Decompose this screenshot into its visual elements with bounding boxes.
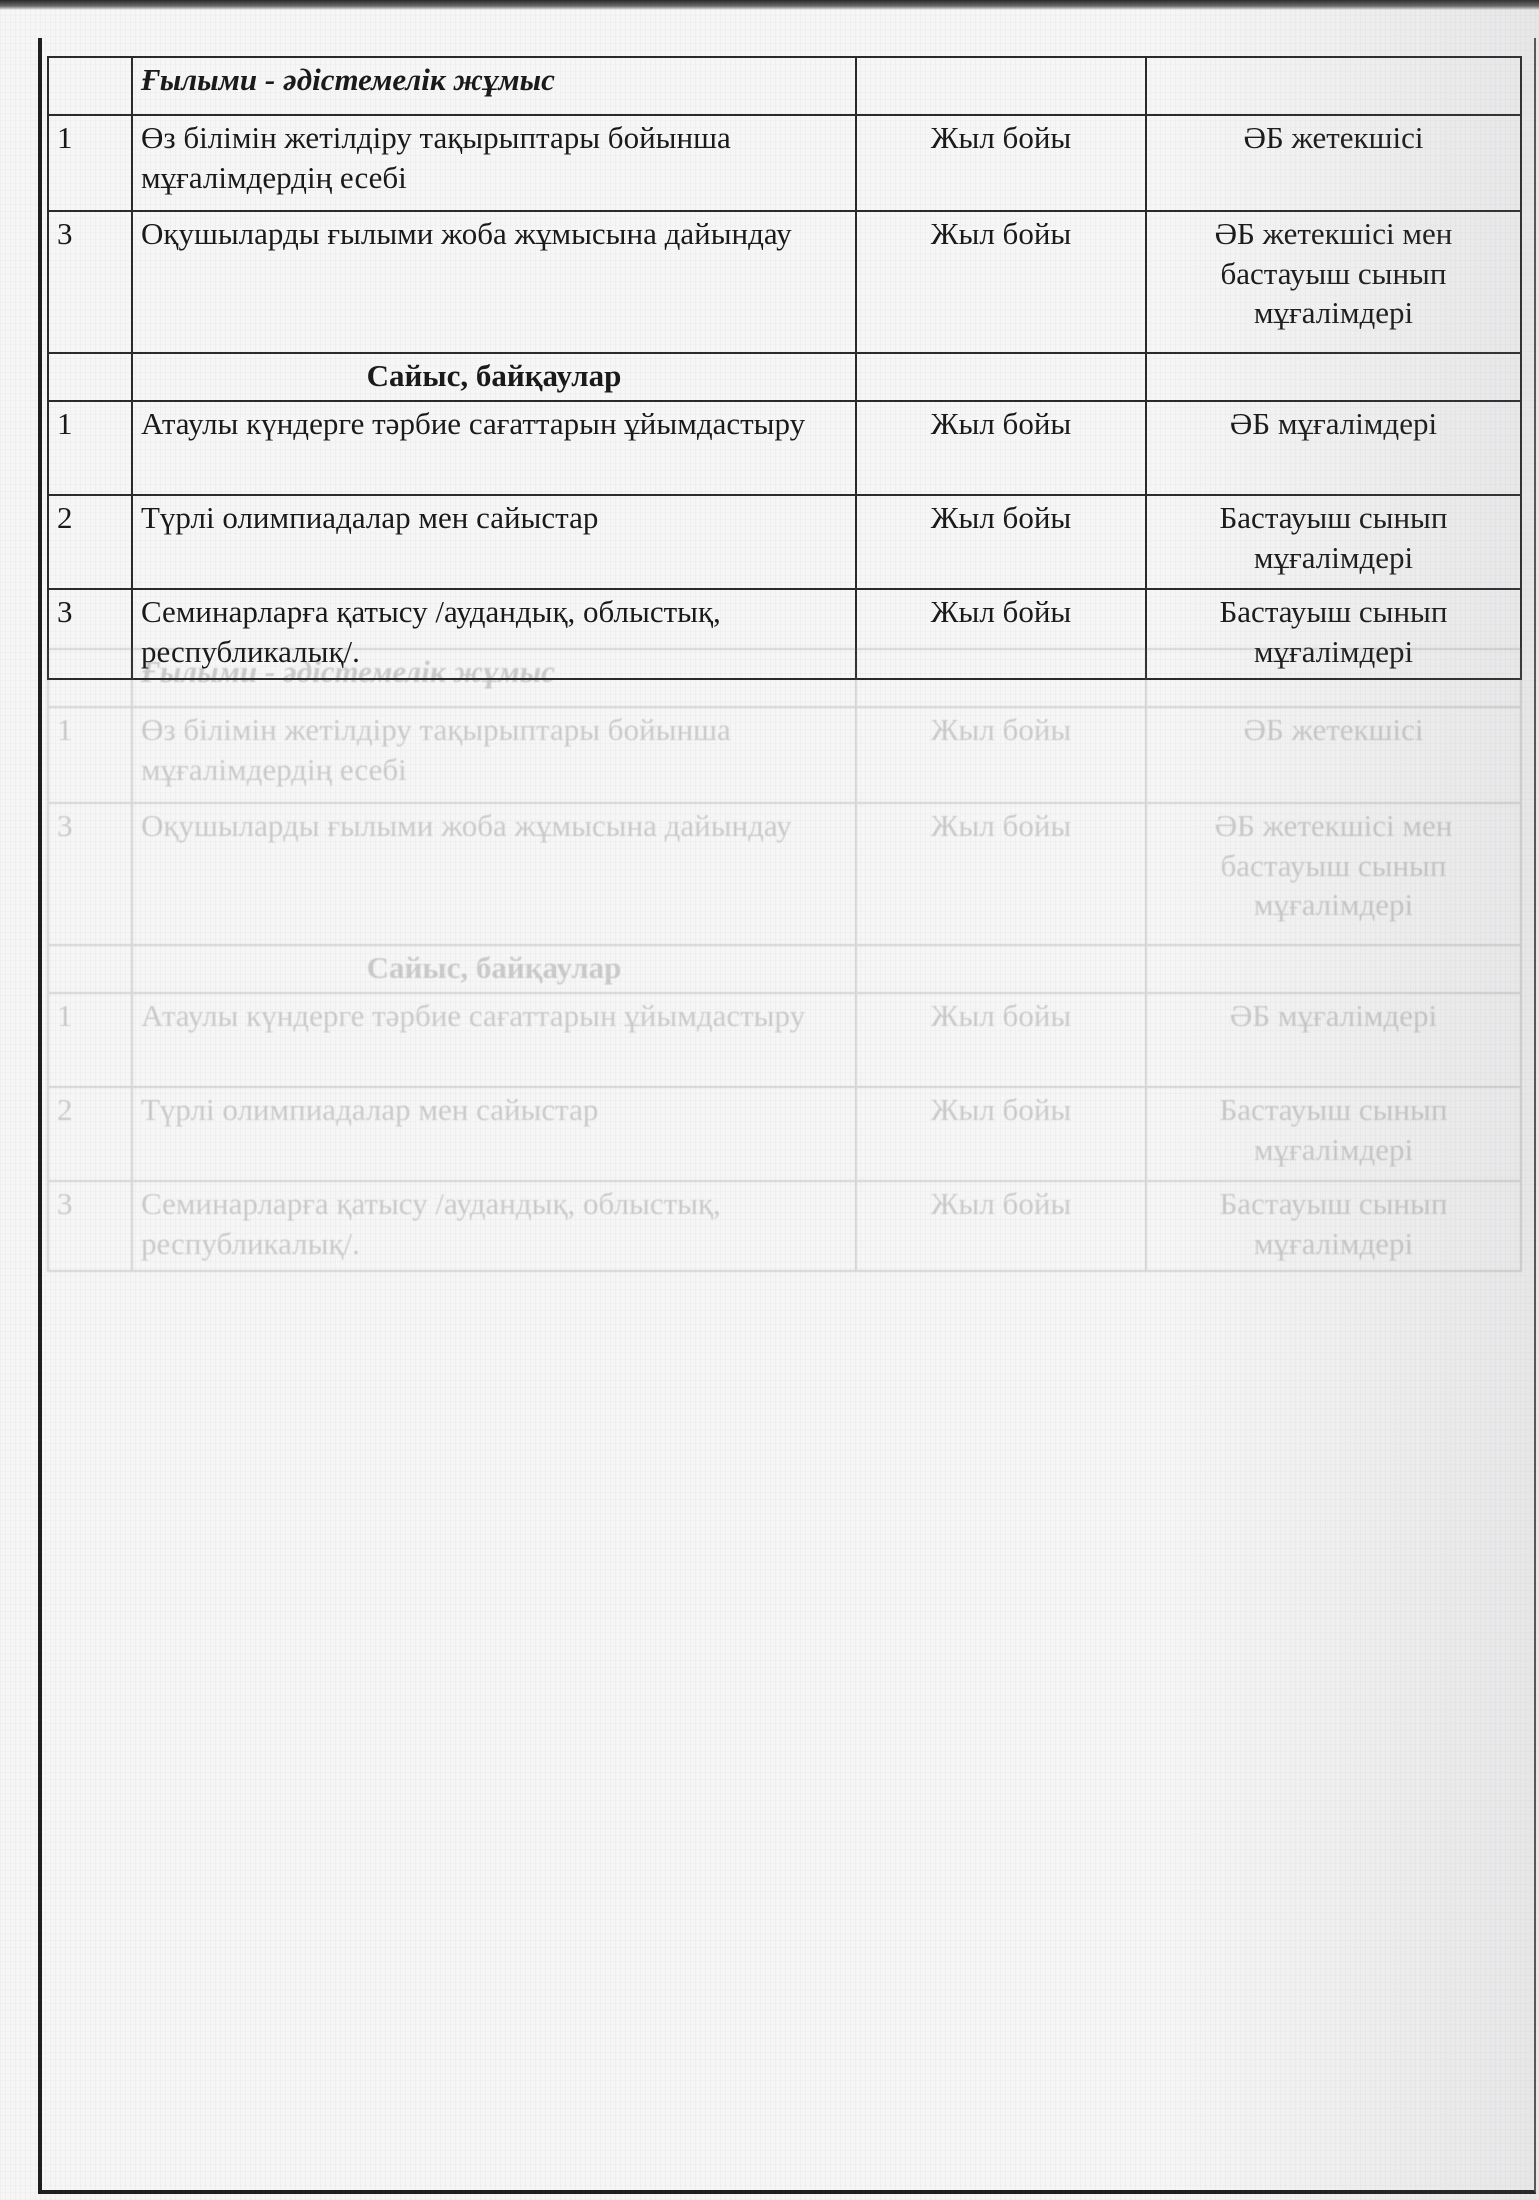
period-cell: Жыл бойы [856, 495, 1146, 589]
ghost-cell: 3 [48, 803, 132, 945]
ghost-row: 1 Өз білімін жетілдіру тақырыптары бойын… [48, 707, 1521, 803]
ghost-cell: Семинарларға қатысу /аудандық, облыстық,… [132, 1181, 856, 1271]
ghost-cell [856, 649, 1146, 707]
row-number: 1 [48, 401, 132, 495]
ghost-row: 3 Семинарларға қатысу /аудандық, облысты… [48, 1181, 1521, 1271]
period-cell: Жыл бойы [856, 211, 1146, 353]
ghost-cell: Жыл бойы [856, 707, 1146, 803]
ghost-row: 2 Түрлі олимпиадалар мен сайыстар Жыл бо… [48, 1087, 1521, 1181]
ghost-cell [1146, 649, 1521, 707]
ghost-row: 1 Атаулы күндерге тәрбие сағаттарын ұйым… [48, 993, 1521, 1087]
activity-cell: Атаулы күндерге тәрбие сағаттарын ұйымда… [132, 401, 856, 495]
ghost-row: Ғылыми - әдістемелік жұмыс [48, 649, 1521, 707]
ghost-cell: ӘБ жетекшісі мен бастауыш сынып мұғалімд… [1146, 803, 1521, 945]
ghost-cell [856, 945, 1146, 993]
empty-cell [1146, 57, 1521, 115]
ghost-cell: Жыл бойы [856, 1087, 1146, 1181]
ghost-cell [48, 945, 132, 993]
ghost-cell: Өз білімін жетілдіру тақырыптары бойынша… [132, 707, 856, 803]
ghost-cell: ӘБ мұғалімдері [1146, 993, 1521, 1087]
section-title: Ғылыми - әдістемелік жұмыс [132, 57, 856, 115]
ghost-cell: Жыл бойы [856, 1181, 1146, 1271]
work-plan-table: Ғылыми - әдістемелік жұмыс 1 Өз білімін … [47, 56, 1522, 680]
ghost-section-title: Сайыс, байқаулар [132, 945, 856, 993]
scan-edge [0, 0, 1539, 10]
ghost-cell: 1 [48, 993, 132, 1087]
responsible-cell: Бастауыш сынып мұғалімдері [1146, 495, 1521, 589]
responsible-cell: ӘБ жетекшісі мен бастауыш сынып мұғалімд… [1146, 211, 1521, 353]
ghost-row: Сайыс, байқаулар [48, 945, 1521, 993]
empty-cell [48, 353, 132, 401]
ghost-cell: Оқушыларды ғылыми жоба жұмысына дайындау [132, 803, 856, 945]
empty-cell [856, 57, 1146, 115]
ghost-cell: Жыл бойы [856, 993, 1146, 1087]
ghost-cell: Атаулы күндерге тәрбие сағаттарын ұйымда… [132, 993, 856, 1087]
ghost-table-bleedthrough: Ғылыми - әдістемелік жұмыс 1 Өз білімін … [47, 648, 1522, 1272]
row-number: 2 [48, 495, 132, 589]
empty-cell [1146, 353, 1521, 401]
table-row: 2 Түрлі олимпиадалар мен сайыстар Жыл бо… [48, 495, 1521, 589]
responsible-cell: ӘБ мұғалімдері [1146, 401, 1521, 495]
period-cell: Жыл бойы [856, 115, 1146, 211]
ghost-cell: 3 [48, 1181, 132, 1271]
ghost-row: 3 Оқушыларды ғылыми жоба жұмысына дайынд… [48, 803, 1521, 945]
ghost-cell: Жыл бойы [856, 803, 1146, 945]
ghost-cell: 1 [48, 707, 132, 803]
ghost-cell: ӘБ жетекшісі [1146, 707, 1521, 803]
ghost-section-title: Ғылыми - әдістемелік жұмыс [132, 649, 856, 707]
ghost-cell [1146, 945, 1521, 993]
section-header-row: Сайыс, байқаулар [48, 353, 1521, 401]
ghost-cell: Бастауыш сынып мұғалімдері [1146, 1181, 1521, 1271]
ghost-cell: 2 [48, 1087, 132, 1181]
ghost-cell: Түрлі олимпиадалар мен сайыстар [132, 1087, 856, 1181]
empty-cell [856, 353, 1146, 401]
empty-cell [48, 57, 132, 115]
ghost-cell: Бастауыш сынып мұғалімдері [1146, 1087, 1521, 1181]
section-header-row: Ғылыми - әдістемелік жұмыс [48, 57, 1521, 115]
table-row: 1 Өз білімін жетілдіру тақырыптары бойын… [48, 115, 1521, 211]
row-number: 1 [48, 115, 132, 211]
responsible-cell: ӘБ жетекшісі [1146, 115, 1521, 211]
section-title: Сайыс, байқаулар [132, 353, 856, 401]
activity-cell: Оқушыларды ғылыми жоба жұмысына дайындау [132, 211, 856, 353]
ghost-cell [48, 649, 132, 707]
activity-cell: Түрлі олимпиадалар мен сайыстар [132, 495, 856, 589]
period-cell: Жыл бойы [856, 401, 1146, 495]
activity-cell: Өз білімін жетілдіру тақырыптары бойынша… [132, 115, 856, 211]
table-row: 1 Атаулы күндерге тәрбие сағаттарын ұйым… [48, 401, 1521, 495]
table-row: 3 Оқушыларды ғылыми жоба жұмысына дайынд… [48, 211, 1521, 353]
row-number: 3 [48, 211, 132, 353]
